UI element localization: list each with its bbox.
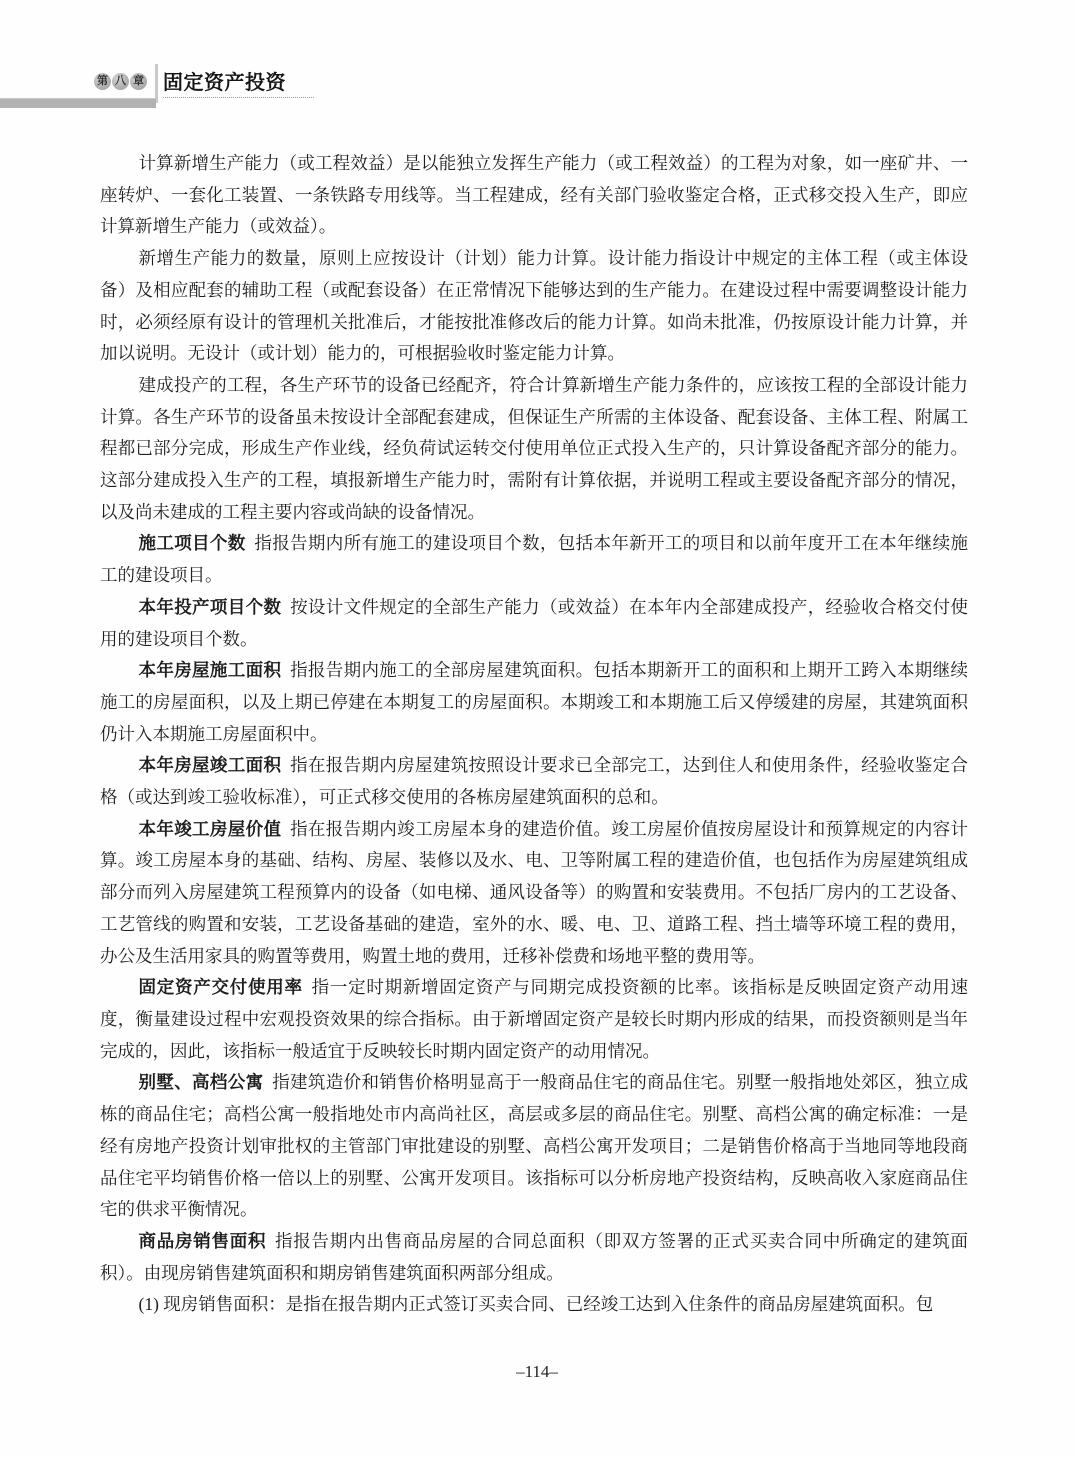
- paragraph-text: 新增生产能力的数量，原则上应按设计（计划）能力计算。设计能力指设计中规定的主体工…: [100, 248, 968, 363]
- document-body: 计算新增生产能力（或工程效益）是以能独立发挥生产能力（或工程效益）的工程为对象，…: [100, 148, 968, 1321]
- chapter-badge: 第 八 章: [94, 73, 147, 90]
- paragraph-8: 本年竣工房屋价值指在报告期内竣工房屋本身的建造价值。竣工房屋价值按房屋设计和预算…: [100, 814, 968, 973]
- header-gray-bar: [0, 98, 156, 108]
- term-floor-space-completed: 本年房屋竣工面积: [139, 755, 282, 775]
- document-page: 第 八 章 固定资产投资 计算新增生产能力（或工程效益）是以能独立发挥生产能力（…: [0, 0, 1074, 1458]
- paragraph-text: (1) 现房销售面积：是指在报告期内正式签订买卖合同、已经竣工达到入住条件的商品…: [139, 1294, 934, 1314]
- paragraph-5: 本年投产项目个数按设计文件规定的全部生产能力（或效益）在本年内全部建成投产，经验…: [100, 592, 968, 655]
- paragraph-2: 新增生产能力的数量，原则上应按设计（计划）能力计算。设计能力指设计中规定的主体工…: [100, 243, 968, 370]
- paragraph-4: 施工项目个数指报告期内所有施工的建设项目个数，包括本年新开工的项目和以前年度开工…: [100, 528, 968, 591]
- paragraph-3: 建成投产的工程，各生产环节的设备已经配齐，符合计算新增生产能力条件的，应该按工程…: [100, 370, 968, 529]
- paragraph-6: 本年房屋施工面积指报告期内施工的全部房屋建筑面积。包括本期新开工的面积和上期开工…: [100, 655, 968, 750]
- paragraph-text: 指在报告期内竣工房屋本身的建造价值。竣工房屋价值按房屋设计和预算规定的内容计算。…: [100, 819, 968, 966]
- paragraph-text: 计算新增生产能力（或工程效益）是以能独立发挥生产能力（或工程效益）的工程为对象，…: [100, 153, 968, 236]
- paragraph-7: 本年房屋竣工面积指在报告期内房屋建筑按照设计要求已全部完工，达到住人和使用条件，…: [100, 750, 968, 813]
- term-commercial-housing-sold-area: 商品房销售面积: [139, 1231, 267, 1251]
- chapter-badge-char-2: 八: [112, 73, 129, 90]
- paragraph-9: 固定资产交付使用率指一定时期新增固定资产与同期完成投资额的比率。该指标是反映固定…: [100, 972, 968, 1067]
- term-fixed-assets-delivery-rate: 固定资产交付使用率: [139, 977, 303, 997]
- paragraph-12: (1) 现房销售面积：是指在报告期内正式签订买卖合同、已经竣工达到入住条件的商品…: [100, 1289, 968, 1321]
- page-number: –114–: [0, 1362, 1074, 1382]
- paragraph-text: 指建筑造价和销售价格明显高于一般商品住宅的商品住宅。别墅一般指地处郊区，独立成栋…: [100, 1072, 968, 1219]
- term-floor-space-under-construction: 本年房屋施工面积: [139, 660, 282, 680]
- paragraph-11: 商品房销售面积指报告期内出售商品房屋的合同总面积（即双方签署的正式买卖合同中所确…: [100, 1226, 968, 1289]
- chapter-title: 固定资产投资: [163, 73, 314, 98]
- term-construction-projects-count: 施工项目个数: [139, 533, 246, 553]
- paragraph-1: 计算新增生产能力（或工程效益）是以能独立发挥生产能力（或工程效益）的工程为对象，…: [100, 148, 968, 243]
- paragraph-10: 别墅、高档公寓指建筑造价和销售价格明显高于一般商品住宅的商品住宅。别墅一般指地处…: [100, 1067, 968, 1226]
- term-projects-put-into-operation: 本年投产项目个数: [139, 597, 282, 617]
- term-value-of-buildings-completed: 本年竣工房屋价值: [139, 819, 282, 839]
- paragraph-text: 建成投产的工程，各生产环节的设备已经配齐，符合计算新增生产能力条件的，应该按工程…: [100, 375, 968, 522]
- chapter-badge-char-3: 章: [130, 73, 147, 90]
- chapter-badge-char-1: 第: [94, 73, 111, 90]
- term-villas-luxury-apartments: 别墅、高档公寓: [139, 1072, 264, 1092]
